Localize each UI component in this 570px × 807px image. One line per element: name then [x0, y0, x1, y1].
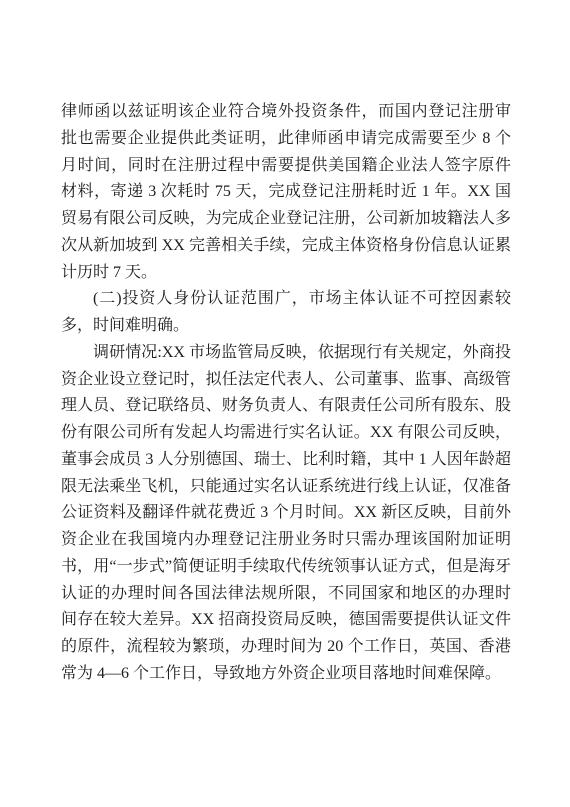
text-line: 材料，寄递 3 次耗时 75 天，完成登记注册耗时近 1 年。XX 国际 — [61, 179, 511, 206]
paragraph: 调研情况:XX 市场监管局反映，依据现行有关规定，外商投资企业设立登记时，拟任法… — [61, 340, 511, 688]
text-line: 贸易有限公司反映，为完成企业登记注册，公司新加坡籍法人多 — [61, 206, 511, 233]
text-line: 份有限公司所有发起人均需进行实名认证。XX 有限公司反映， — [61, 420, 511, 447]
paragraph: 律师函以兹证明该企业符合境外投资条件，而国内登记注册审批也需要企业提供此类证明，… — [61, 99, 511, 286]
text-line: 调研情况:XX 市场监管局反映，依据现行有关规定，外商投 — [61, 340, 511, 367]
text-line: 理人员、登记联络员、财务负责人、有限责任公司所有股东、股 — [61, 393, 511, 420]
document-body: 律师函以兹证明该企业符合境外投资条件，而国内登记注册审批也需要企业提供此类证明，… — [61, 99, 511, 688]
text-line: 资企业设立登记时，拟任法定代表人、公司董事、监事、高级管 — [61, 367, 511, 394]
text-line: 限无法乘坐飞机，只能通过实名认证系统进行线上认证，仅准备 — [61, 474, 511, 501]
text-line: 的原件，流程较为繁琐，办理时间为 20 个工作日，英国、香港通 — [61, 634, 511, 661]
text-line: 月时间，同时在注册过程中需要提供美国籍企业法人签字原件 — [61, 153, 511, 180]
text-line: 计历时 7 天。 — [61, 260, 511, 287]
text-line: 律师函以兹证明该企业符合境外投资条件，而国内登记注册审 — [61, 99, 511, 126]
text-line: 认证的办理时间各国法律法规所限，不同国家和地区的办理时 — [61, 581, 511, 608]
text-line: 次从新加坡到 XX 完善相关手续，完成主体资格身份信息认证累 — [61, 233, 511, 260]
document-page: 律师函以兹证明该企业符合境外投资条件，而国内登记注册审批也需要企业提供此类证明，… — [0, 0, 570, 807]
paragraph: (二)投资人身份认证范围广，市场主体认证不可控因素较多，时间难明确。 — [61, 286, 511, 340]
text-line: (二)投资人身份认证范围广，市场主体认证不可控因素较 — [61, 286, 511, 313]
text-line: 董事会成员 3 人分别德国、瑞士、比利时籍，其中 1 人因年龄超 — [61, 447, 511, 474]
text-line: 间存在较大差异。XX 招商投资局反映，德国需要提供认证文件 — [61, 607, 511, 634]
text-line: 资企业在我国境内办理登记注册业务时只需办理该国附加证明 — [61, 527, 511, 554]
text-line: 批也需要企业提供此类证明，此律师函申请完成需要至少 8 个 — [61, 126, 511, 153]
text-line: 常为 4—6 个工作日，导致地方外资企业项目落地时间难保障。 — [61, 661, 511, 688]
text-line: 多，时间难明确。 — [61, 313, 511, 340]
text-line: 公证资料及翻译件就花费近 3 个月时间。XX 新区反映，目前外 — [61, 500, 511, 527]
text-line: 书，用“一步式”简便证明手续取代传统领事认证方式，但是海牙 — [61, 554, 511, 581]
